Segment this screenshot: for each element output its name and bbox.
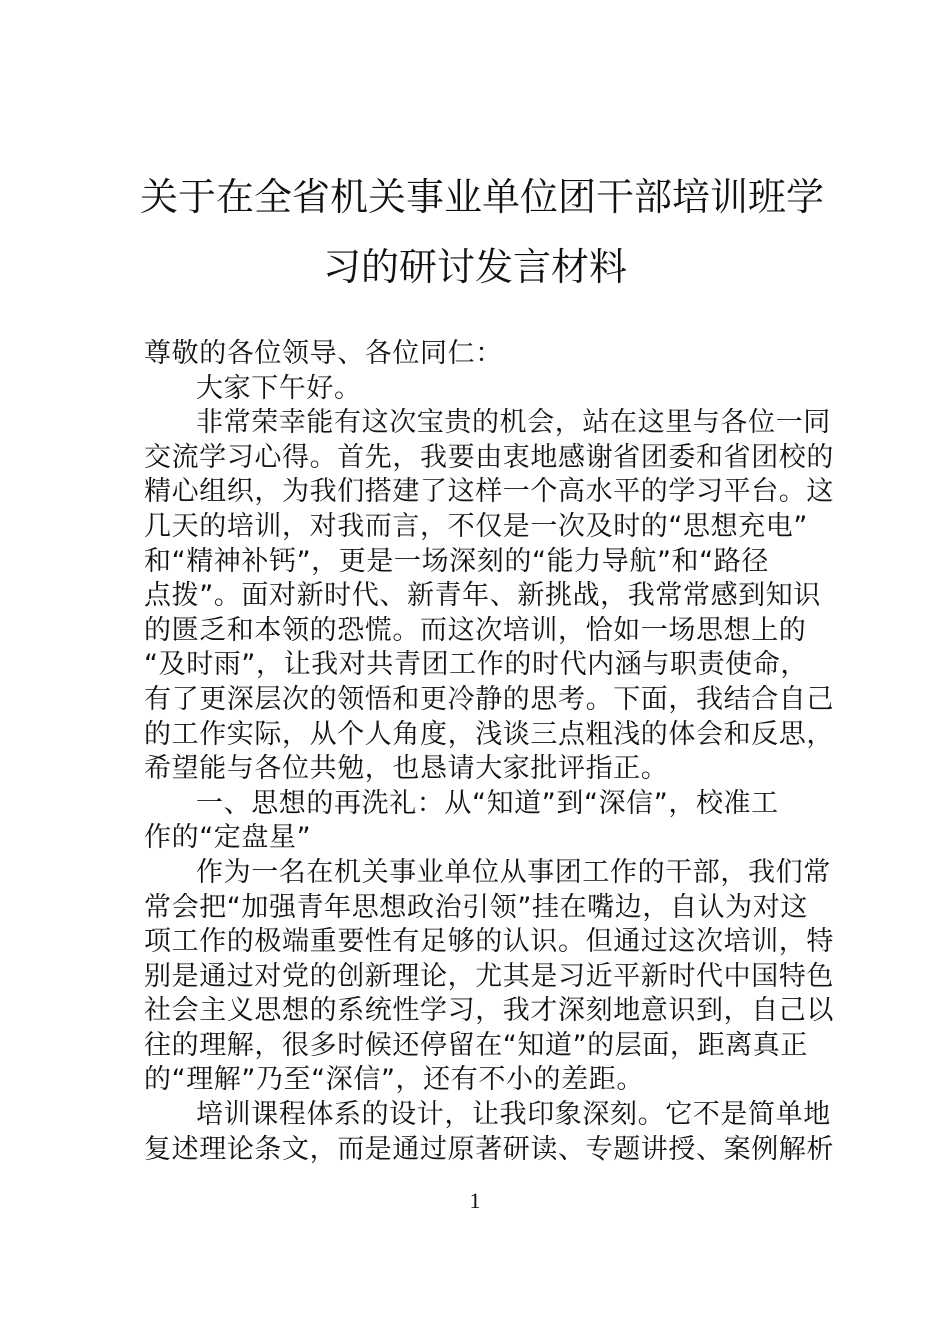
body-text-line: 培训课程体系的设计，让我印象深刻。它不是简单地 bbox=[144, 1098, 808, 1133]
body-text-line: 项工作的极端重要性有足够的认识。但通过这次培训，特 bbox=[144, 925, 808, 960]
document-title-line-2: 习的研讨发言材料 bbox=[140, 247, 810, 287]
body-text-line: 别是通过对党的创新理论，尤其是习近平新时代中国特色 bbox=[144, 960, 808, 995]
body-text-line: “及时雨”，让我对共青团工作的时代内涵与职责使命， bbox=[144, 648, 808, 683]
body-text-line: 作的“定盘星” bbox=[144, 821, 808, 856]
body-text-line: 作为一名在机关事业单位从事团工作的干部，我们常 bbox=[144, 856, 808, 891]
body-text-line: 精心组织，为我们搭建了这样一个高水平的学习平台。这 bbox=[144, 475, 808, 510]
body-text-line: 有了更深层次的领悟和更冷静的思考。下面，我结合自己 bbox=[144, 683, 808, 718]
body-text-line: 交流学习心得。首先，我要由衷地感谢省团委和省团校的 bbox=[144, 441, 808, 476]
body-text-line: 往的理解，很多时候还停留在“知道”的层面，距离真正 bbox=[144, 1029, 808, 1064]
body-text-line: 的“理解”乃至“深信”，还有不小的差距。 bbox=[144, 1063, 808, 1098]
body-text-line: 非常荣幸能有这次宝贵的机会，站在这里与各位一同 bbox=[144, 406, 808, 441]
body-text-line: 的工作实际，从个人角度，浅谈三点粗浅的体会和反思， bbox=[144, 718, 808, 753]
body-text-line: 和“精神补钙”，更是一场深刻的“能力导航”和“路径 bbox=[144, 545, 808, 580]
body-text-line: 复述理论条文，而是通过原著研读、专题讲授、案例解析 bbox=[144, 1133, 808, 1168]
document-body: 尊敬的各位领导、各位同仁：大家下午好。非常荣幸能有这次宝贵的机会，站在这里与各位… bbox=[144, 337, 808, 1167]
body-text-line: 尊敬的各位领导、各位同仁： bbox=[144, 337, 808, 372]
document-page: 关于在全省机关事业单位团干部培训班学 习的研讨发言材料 尊敬的各位领导、各位同仁… bbox=[0, 0, 950, 1344]
body-text-line: 大家下午好。 bbox=[144, 372, 808, 407]
page-number: 1 bbox=[0, 1188, 950, 1214]
body-text-line: 一、思想的再洗礼：从“知道”到“深信”，校准工 bbox=[144, 787, 808, 822]
body-text-line: 希望能与各位共勉，也恳请大家批评指正。 bbox=[144, 752, 808, 787]
body-text-line: 常会把“加强青年思想政治引领”挂在嘴边，自认为对这 bbox=[144, 891, 808, 926]
document-title-line-1: 关于在全省机关事业单位团干部培训班学 bbox=[140, 177, 810, 217]
body-text-line: 社会主义思想的系统性学习，我才深刻地意识到，自己以 bbox=[144, 994, 808, 1029]
body-text-line: 的匮乏和本领的恐慌。而这次培训，恰如一场思想上的 bbox=[144, 614, 808, 649]
body-text-line: 点拨”。面对新时代、新青年、新挑战，我常常感到知识 bbox=[144, 579, 808, 614]
body-text-line: 几天的培训，对我而言，不仅是一次及时的“思想充电” bbox=[144, 510, 808, 545]
